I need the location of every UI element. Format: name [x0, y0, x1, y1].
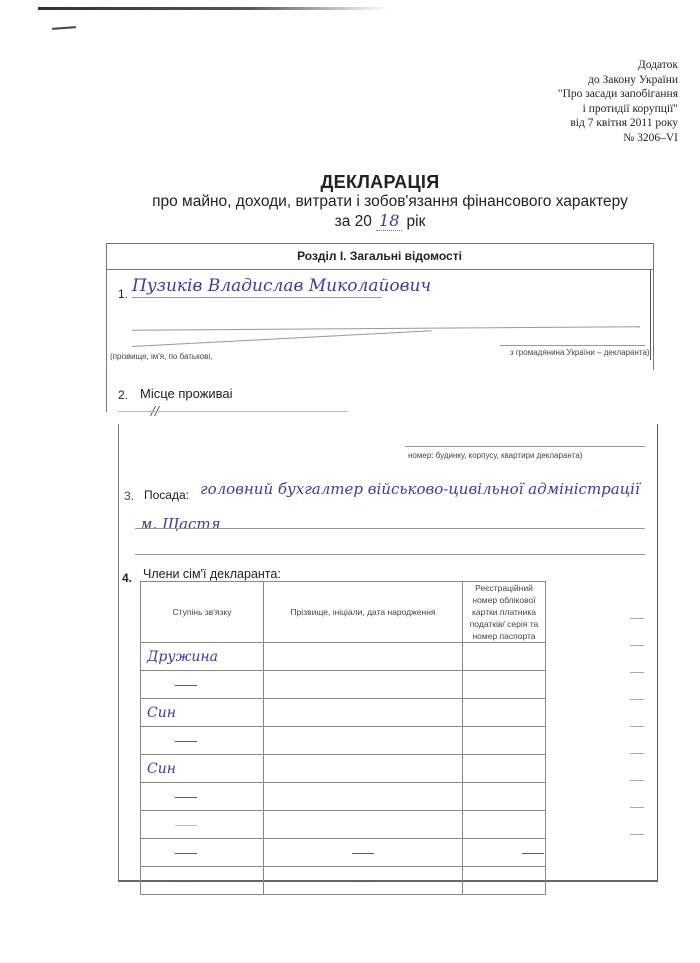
- name-cell[interactable]: [264, 727, 463, 755]
- underlying-table-ticks: [630, 618, 644, 861]
- year-prefix: за 20: [335, 213, 372, 230]
- header-name: Прізвище, ініціали, дата народження: [264, 582, 463, 643]
- name-cell[interactable]: [264, 755, 463, 783]
- tax-id-cell[interactable]: [463, 699, 546, 727]
- dash-mark: [175, 685, 197, 687]
- dash-mark: [175, 825, 197, 827]
- declaration-year: за 20 18 рік: [0, 211, 700, 231]
- field-1-caption-right: з громадянина України – декларанта): [510, 348, 650, 357]
- table-row: [141, 867, 546, 895]
- appendix-line: № 3206–VI: [558, 131, 678, 146]
- frame-left-border: [106, 370, 107, 412]
- relation-cell[interactable]: [141, 811, 264, 839]
- dash-mark: [352, 881, 374, 883]
- field-2-underline-2: [405, 446, 645, 447]
- year-handwritten: 18: [376, 211, 402, 231]
- field-1-full-name[interactable]: Пузиків Владислав Миколайович: [132, 276, 431, 296]
- tax-id-cell[interactable]: [463, 643, 546, 671]
- header-relation: Ступінь зв'язку: [141, 582, 264, 643]
- relation-cell[interactable]: Син: [141, 755, 264, 783]
- name-cell[interactable]: [264, 811, 463, 839]
- field-3-number: 3.: [124, 489, 134, 503]
- dash-mark: [175, 853, 197, 855]
- dash-mark: [522, 853, 544, 855]
- name-cell[interactable]: [264, 643, 463, 671]
- field-1-caption-left: (прізвище, ім'я, по батькові,: [110, 352, 212, 361]
- relation-cell[interactable]: Дружина: [141, 643, 264, 671]
- table-row: [141, 727, 546, 755]
- field-2-underline: [118, 411, 348, 412]
- field-3-position-line-2[interactable]: м. Щастя: [140, 515, 221, 533]
- document-title: ДЕКЛАРАЦІЯ: [0, 172, 700, 193]
- table-row: [141, 783, 546, 811]
- field-4-number: 4.: [122, 571, 132, 585]
- relation-cell[interactable]: [141, 783, 264, 811]
- appendix-line: Додаток: [558, 58, 678, 73]
- year-suffix: рік: [407, 213, 426, 230]
- name-cell[interactable]: [264, 699, 463, 727]
- relation-cell[interactable]: [141, 839, 264, 867]
- field-3-position-line-1[interactable]: головний бухгалтер військово-цивільної а…: [200, 480, 640, 498]
- tax-id-cell[interactable]: [463, 811, 546, 839]
- appendix-line: і протидії корупції": [558, 102, 678, 117]
- relation-cell[interactable]: Син: [141, 699, 264, 727]
- dash-mark: [175, 797, 197, 799]
- field-4-label: Члени сім'ї декларанта:: [143, 567, 281, 581]
- pen-mark: [52, 26, 76, 30]
- dash-mark: [522, 881, 544, 883]
- family-members-table: Ступінь зв'язку Прізвище, ініціали, дата…: [140, 581, 546, 895]
- name-cell[interactable]: [264, 839, 463, 867]
- tax-id-cell[interactable]: [463, 671, 546, 699]
- relation-cell[interactable]: [141, 867, 264, 895]
- field-2-number: 2.: [118, 388, 128, 402]
- field-2-label: Місце проживаі: [140, 386, 233, 401]
- scan-edge-rule: [38, 7, 388, 10]
- field-1-underline: [132, 297, 382, 298]
- header-tax-id: Реєстраційний номер облікової картки пла…: [463, 582, 546, 643]
- name-cell[interactable]: [264, 783, 463, 811]
- appendix-line: від 7 квітня 2011 року: [558, 116, 678, 131]
- relation-cell[interactable]: [141, 727, 264, 755]
- dash-mark: [352, 853, 374, 855]
- table-row: [141, 671, 546, 699]
- field-3-label: Посада:: [144, 488, 189, 502]
- field-3-underline-2: [135, 554, 645, 555]
- name-cell[interactable]: [264, 867, 463, 895]
- tax-id-cell[interactable]: [463, 783, 546, 811]
- appendix-line: "Про засади запобігання: [558, 87, 678, 102]
- tax-id-cell[interactable]: [463, 867, 546, 895]
- table-row: [141, 839, 546, 867]
- field-1-number: 1.: [118, 287, 128, 301]
- appendix-line: до Закону України: [558, 73, 678, 88]
- tax-id-cell[interactable]: [463, 839, 546, 867]
- table-row: [141, 811, 546, 839]
- field-1-underline-3: [500, 345, 645, 346]
- table-header-row: Ступінь зв'язку Прізвище, ініціали, дата…: [141, 582, 546, 643]
- appendix-block: Додаток до Закону України "Про засади за…: [558, 58, 678, 145]
- section-heading: Розділ I. Загальні відомості: [106, 243, 653, 270]
- frame-right-border: [650, 270, 651, 360]
- document-subtitle: про майно, доходи, витрати і зобов'язанн…: [0, 193, 700, 211]
- table-row: Дружина: [141, 643, 546, 671]
- name-cell[interactable]: [264, 671, 463, 699]
- dash-mark: [175, 741, 197, 743]
- tax-id-cell[interactable]: [463, 755, 546, 783]
- table-row: Син: [141, 755, 546, 783]
- relation-cell[interactable]: [141, 671, 264, 699]
- tax-id-cell[interactable]: [463, 727, 546, 755]
- field-3-underline: [135, 528, 645, 529]
- dash-mark: [175, 881, 197, 883]
- table-row: Син: [141, 699, 546, 727]
- field-2-caption: номер: будинку, корпусу, квартири деклар…: [408, 451, 583, 460]
